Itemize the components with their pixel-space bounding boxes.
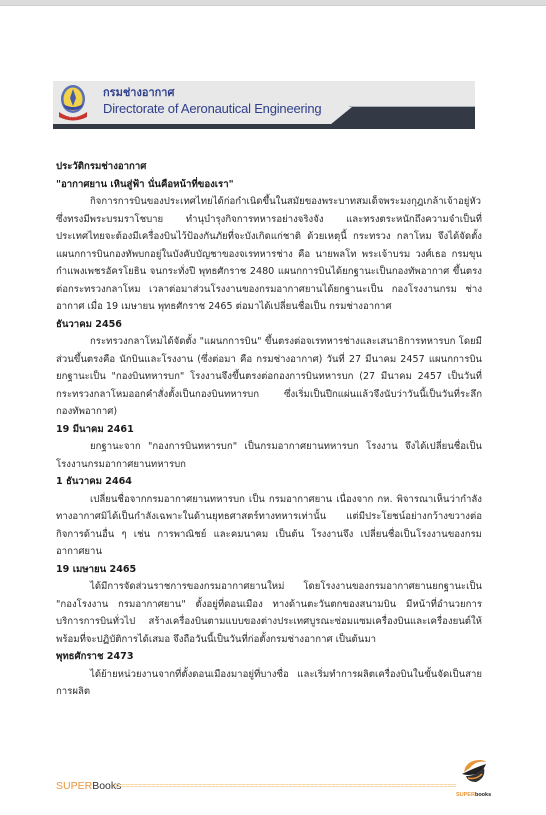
footer-brand-super: SUPER bbox=[56, 780, 92, 792]
document-body: ประวัติกรมช่างอากาศ "อากาศยาน เหินสู่ฟ้า… bbox=[56, 158, 482, 701]
page-footer: SUPERBooks =============================… bbox=[56, 776, 486, 796]
section-body: เปลี่ยนชื่อจากกรมอากาศยานทหารบก เป็น กรม… bbox=[56, 491, 482, 561]
section-body: ยกฐานะจาก "กองการบินทหารบก" เป็นกรมอากาศ… bbox=[56, 438, 482, 473]
footer-logo-super: SUPER bbox=[456, 792, 475, 798]
intro-paragraph: กิจการการบินของประเทศไทยได้ก่อกำเนิดขึ้น… bbox=[56, 193, 482, 316]
org-name-english: Directorate of Aeronautical Engineering bbox=[103, 100, 321, 118]
svg-text:• • •: • • • bbox=[69, 115, 76, 119]
org-name-thai: กรมช่างอากาศ bbox=[103, 86, 321, 100]
section-body: ได้มีการจัดส่วนราชการของกรมอากาศยานใหม่ … bbox=[56, 578, 482, 648]
section-heading: ธันวาคม 2456 bbox=[56, 316, 482, 334]
section-heading: 19 มีนาคม 2461 bbox=[56, 421, 482, 439]
section-heading: 1 ธันวาคม 2464 bbox=[56, 473, 482, 491]
banner-accent-line bbox=[349, 106, 475, 107]
header-banner: • • • กรมช่างอากาศ Directorate of Aerona… bbox=[53, 81, 475, 129]
footer-logo: SUPERbooks bbox=[456, 754, 492, 798]
footer-logo-books: books bbox=[475, 792, 491, 798]
banner-titles: กรมช่างอากาศ Directorate of Aeronautical… bbox=[103, 86, 321, 118]
superbooks-swirl-icon bbox=[456, 754, 492, 788]
air-force-emblem-icon: • • • bbox=[57, 84, 89, 122]
footer-logo-text: SUPERbooks bbox=[456, 792, 491, 798]
document-title: ประวัติกรมช่างอากาศ bbox=[56, 158, 482, 176]
document-page: • • • กรมช่างอากาศ Directorate of Aerona… bbox=[0, 6, 546, 815]
section-heading: 19 เมษายน 2465 bbox=[56, 561, 482, 579]
section-body: ได้ย้ายหน่วยงานจากที่ตั้งดอนเมืองมาอยู่ท… bbox=[56, 666, 482, 701]
footer-divider: ========================================… bbox=[112, 780, 467, 794]
section-heading: พุทธศักราช 2473 bbox=[56, 648, 482, 666]
section-body: กระทรวงกลาโหมได้จัดตั้ง "แผนกการบิน" ขึ้… bbox=[56, 333, 482, 421]
document-motto: "อากาศยาน เหินสู่ฟ้า นั่นคือหน้าที่ของเร… bbox=[56, 176, 482, 194]
banner-dark-wedge bbox=[325, 107, 475, 129]
